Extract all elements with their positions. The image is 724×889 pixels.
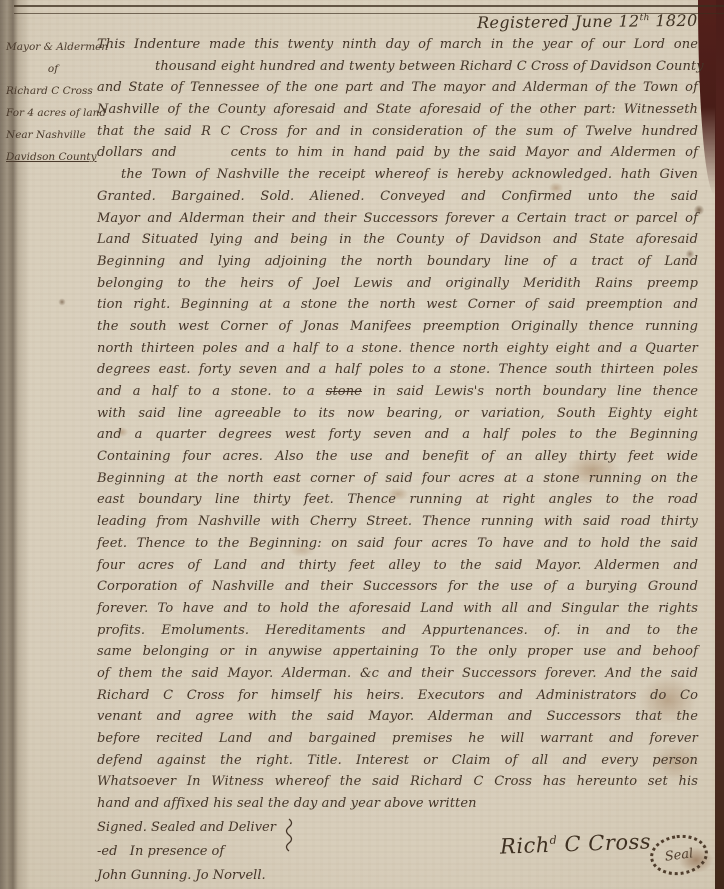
manuscript-line: with said line agreeable to its now bear… [97, 403, 698, 425]
manuscript-line: leading from Nashville with Cherry Stree… [97, 511, 698, 533]
manuscript-line: Richard C Cross for himself his heirs. E… [97, 685, 698, 707]
margin-note: Near Nashville [6, 124, 100, 146]
manuscript-line: profits. Emoluments. Hereditaments and A… [97, 620, 698, 642]
attestation-line: Signed. Sealed and Deliver [97, 816, 527, 840]
manuscript-line: east boundary line thirty feet. Thence r… [97, 489, 698, 511]
registration-text: Registered June 12 [477, 11, 640, 32]
manuscript-page: Registered June 12th 1820 Mayor & Alderm… [0, 0, 724, 889]
manuscript-line: same belonging or in anywise appertainin… [97, 641, 698, 663]
manuscript-line: that the said R C Cross for and in consi… [97, 121, 698, 143]
manuscript-line: This Indenture made this twenty ninth da… [97, 34, 698, 56]
manuscript-line: Mayor and Alderman their and their Succe… [97, 208, 698, 230]
manuscript-line: and State of Tennessee of the one part a… [97, 77, 698, 99]
manuscript-line: hand and affixed his seal the day and ye… [97, 793, 698, 815]
book-cover-edge [715, 0, 724, 889]
witness-names: John Gunning. Jo Norvell. [97, 864, 527, 888]
wax-seal: Seal [648, 832, 710, 879]
manuscript-line: Beginning at the north east corner of sa… [97, 468, 698, 490]
manuscript-line: the Town of Nashville the receipt whereo… [97, 164, 698, 186]
attestation-block: Signed. Sealed and Deliver -ed In presen… [97, 816, 527, 888]
margin-note: For 4 acres of land [6, 102, 100, 124]
manuscript-line: Whatsoever In Witness whereof the said R… [97, 771, 698, 793]
manuscript-line: defend against the right. Title. Interes… [97, 750, 698, 772]
manuscript-line: and a half to a stone. to a stone in sai… [97, 381, 698, 403]
manuscript-line: dollars and cents to him in hand paid by… [97, 142, 698, 164]
book-cover-corner [698, 0, 716, 195]
manuscript-line: and a quarter degrees west forty seven a… [97, 424, 698, 446]
manuscript-line: of them the said Mayor. Alderman. &c and… [97, 663, 698, 685]
seal-label: Seal [664, 846, 694, 864]
manuscript-line: four acres of Land and thirty feet alley… [97, 555, 698, 577]
manuscript-line: Land Situated lying and being in the Cou… [97, 229, 698, 251]
manuscript-line: forever. To have and to hold the aforesa… [97, 598, 698, 620]
manuscript-line: venant and agree with the said Mayor. Al… [97, 706, 698, 728]
flourish-squiggle [283, 818, 295, 852]
manuscript-line: degrees east. forty seven and a half pol… [97, 359, 698, 381]
manuscript-line: Granted. Bargained. Sold. Aliened. Conve… [97, 186, 698, 208]
margin-note: Richard C Cross [6, 80, 100, 102]
manuscript-line: thousand eight hundred and twenty betwee… [97, 56, 698, 78]
signature-text: Rich [500, 833, 551, 859]
registration-note: Registered June 12th 1820 [477, 11, 698, 32]
margin-note: Davidson County [6, 146, 100, 168]
margin-note: Mayor & Aldermen [6, 36, 100, 58]
deed-body: This Indenture made this twenty ninth da… [97, 34, 698, 815]
manuscript-line: Corporation of Nashville and their Succe… [97, 576, 698, 598]
grantor-signature: Richd C Cross [500, 829, 652, 858]
manuscript-line: before recited Land and bargained premis… [97, 728, 698, 750]
manuscript-line: Containing four acres. Also the use and … [97, 446, 698, 468]
signature-surname: C Cross [557, 829, 652, 856]
manuscript-line: belonging to the heirs of Joel Lewis and… [97, 273, 698, 295]
margin-note: of [6, 58, 100, 80]
manuscript-line: tion right. Beginning at a stone the nor… [97, 294, 698, 316]
manuscript-line: feet. Thence to the Beginning: on said f… [97, 533, 698, 555]
manuscript-line: Beginning and lying adjoining the north … [97, 251, 698, 273]
manuscript-line: the south west Corner of Jonas Manifees … [97, 316, 698, 338]
attestation-line: -ed In presence of [97, 840, 527, 864]
registration-ordinal: th [640, 13, 650, 23]
margin-annotations: Mayor & AldermenofRichard C CrossFor 4 a… [6, 36, 100, 168]
manuscript-line: Nashville of the County aforesaid and St… [97, 99, 698, 121]
registration-year: 1820 [650, 11, 698, 30]
manuscript-line: north thirteen poles and a half to a sto… [97, 338, 698, 360]
